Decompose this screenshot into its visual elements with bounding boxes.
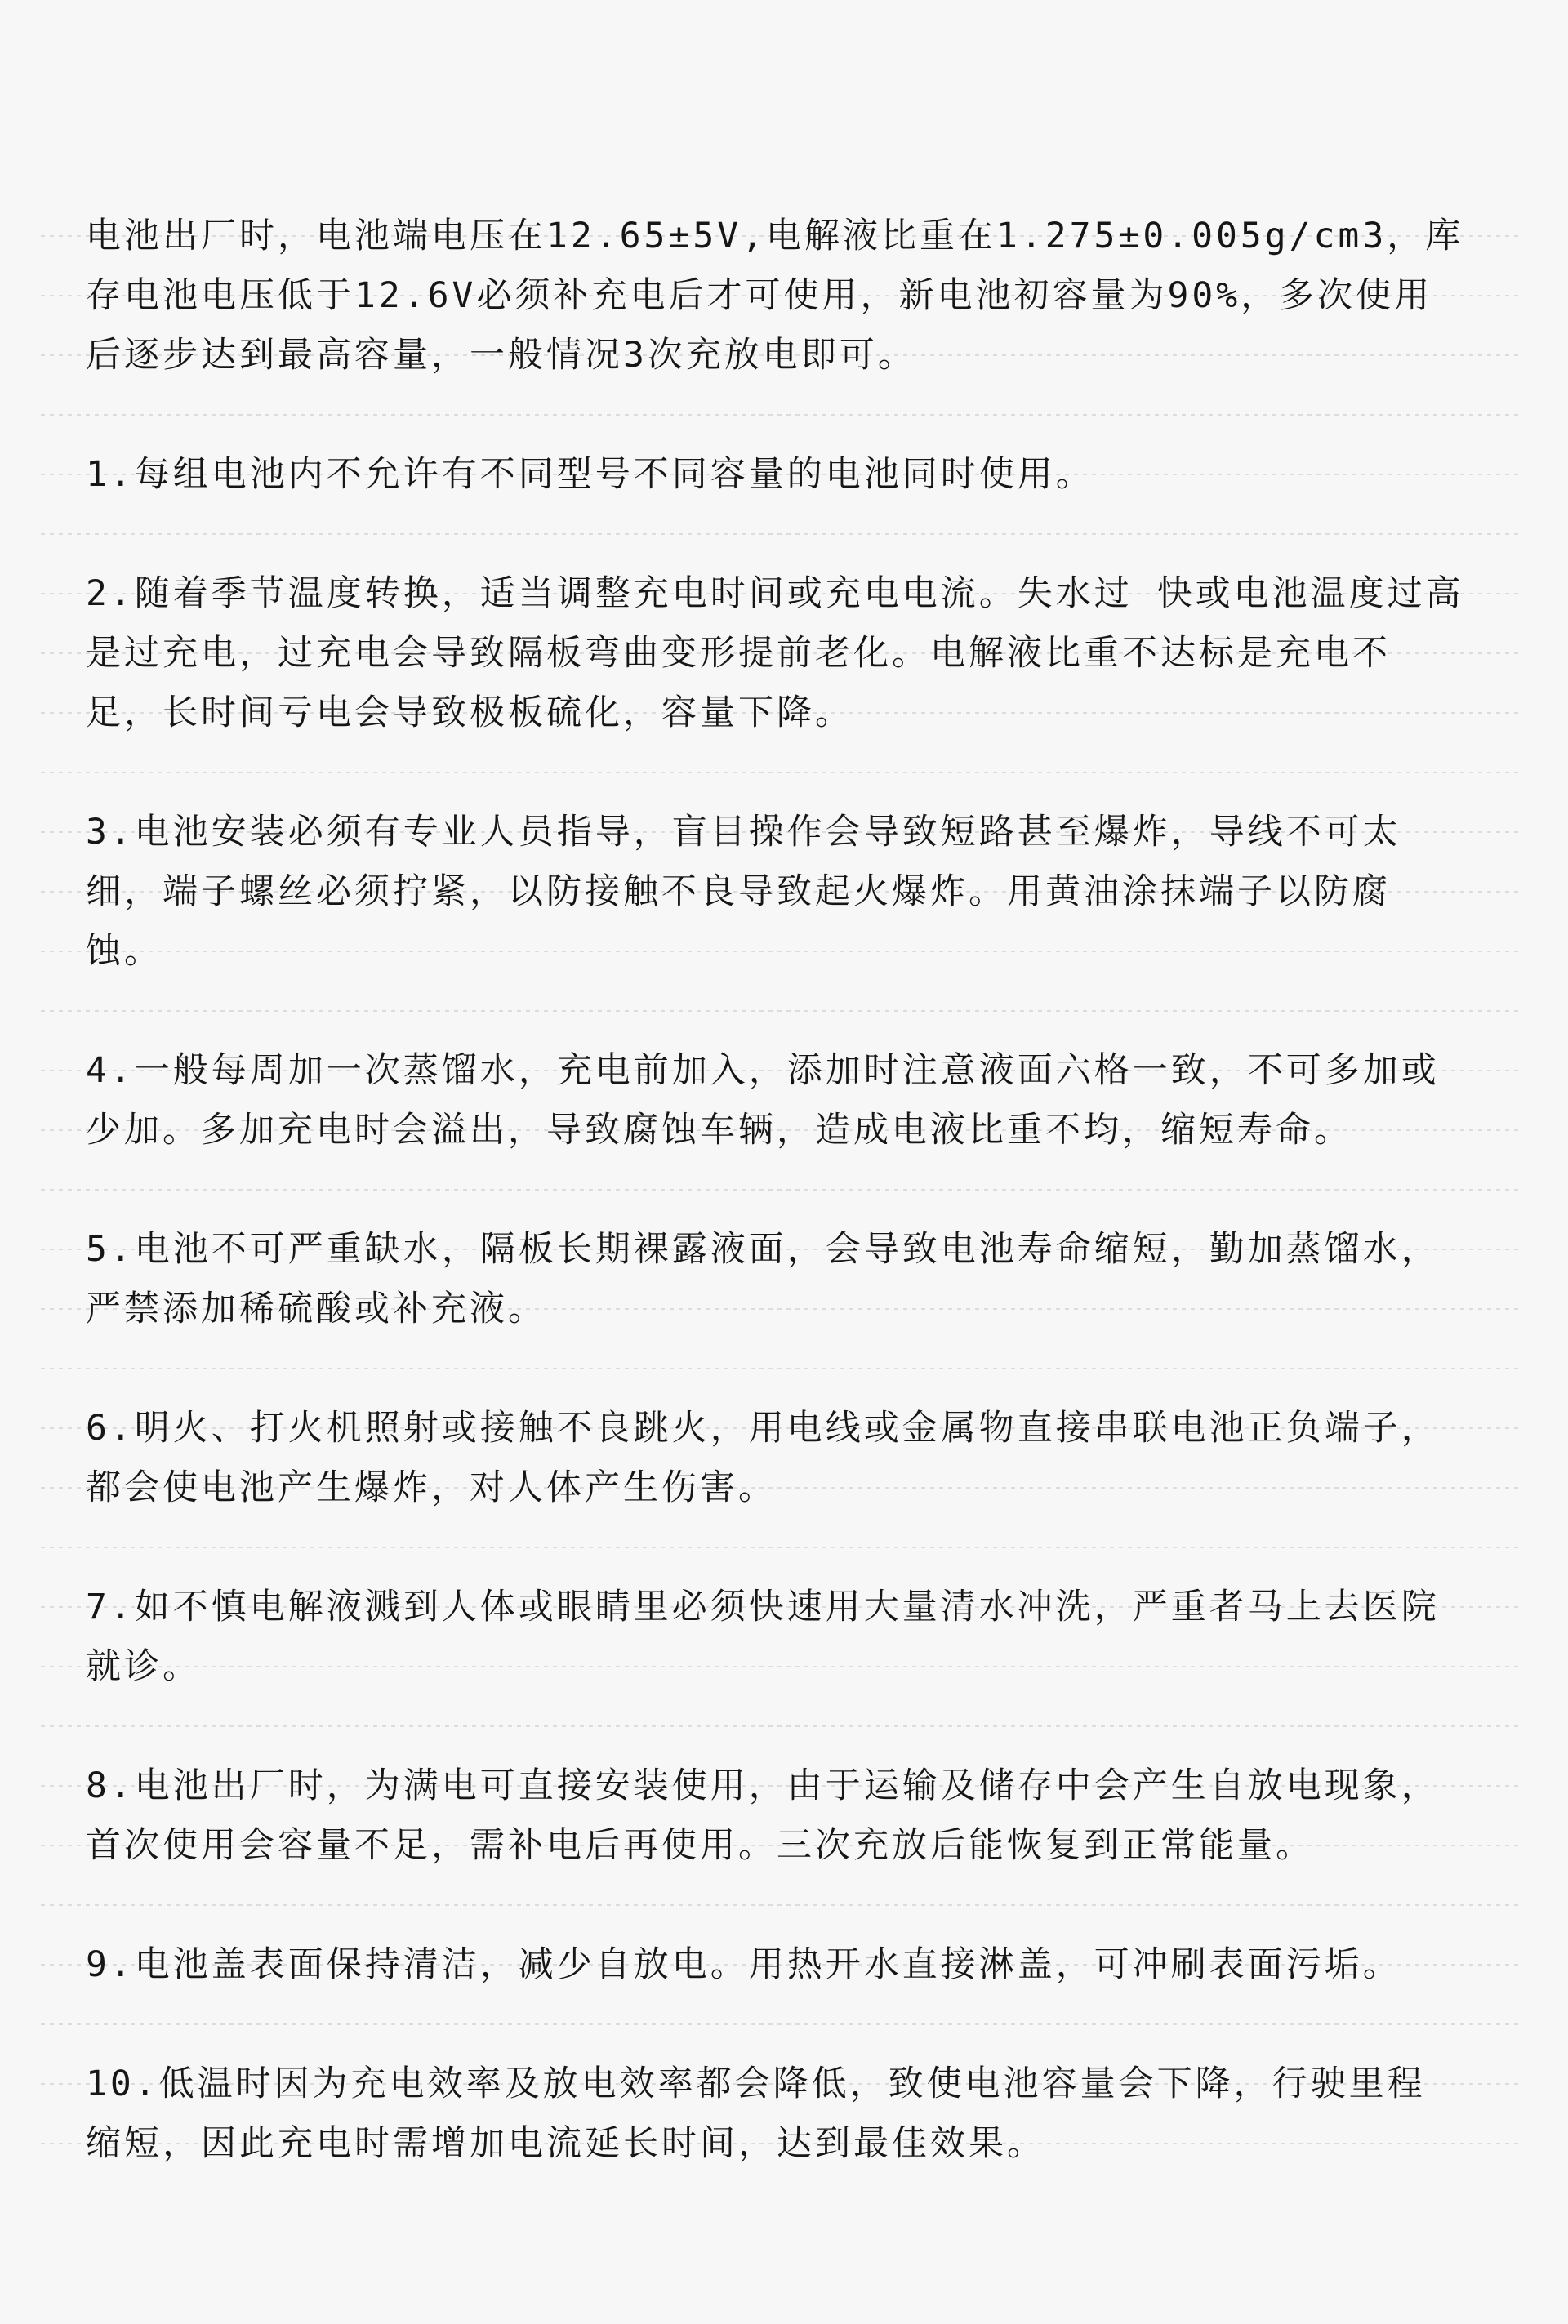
list-item-2: 2.随着季节温度转换，适当调整充电时间或充电电流。失水过 快或电池温度过高 是过… <box>86 564 1484 743</box>
list-item-3: 3.电池安装必须有专业人员指导，盲目操作会导致短路甚至爆炸，导线不可太 细，端子… <box>86 803 1484 982</box>
intro-paragraph: 电池出厂时，电池端电压在12.65±5V,电解液比重在1.275±0.005g/… <box>86 207 1484 385</box>
list-item-4: 4.一般每周加一次蒸馏水，充电前加入，添加时注意液面六格一致，不可多加或 少加。… <box>86 1041 1484 1160</box>
list-item-1: 1.每组电池内不允许有不同型号不同容量的电池同时使用。 <box>86 445 1484 505</box>
list-item-5: 5.电池不可严重缺水，隔板长期裸露液面，会导致电池寿命缩短，勤加蒸馏水， 严禁添… <box>86 1220 1484 1339</box>
list-item-8: 8.电池出厂时，为满电可直接安装使用，由于运输及储存中会产生自放电现象， 首次使… <box>86 1756 1484 1876</box>
list-item-6: 6.明火、打火机照射或接触不良跳火，用电线或金属物直接串联电池正负端子， 都会使… <box>86 1399 1484 1518</box>
list-item-9: 9.电池盖表面保持清洁，减少自放电。用热开水直接淋盖，可冲刷表面污垢。 <box>86 1935 1484 1995</box>
list-item-7: 7.如不慎电解液溅到人体或眼睛里必须快速用大量清水冲洗，严重者马上去医院 就诊。 <box>86 1578 1484 1697</box>
document-body: 电池出厂时，电池端电压在12.65±5V,电解液比重在1.275±0.005g/… <box>86 207 1484 2174</box>
list-item-10: 10.低温时因为充电效率及放电效率都会降低，致使电池容量会下降，行驶里程 缩短，… <box>86 2055 1484 2174</box>
battery-instructions-page: 电池出厂时，电池端电压在12.65±5V,电解液比重在1.275±0.005g/… <box>0 0 1568 2324</box>
